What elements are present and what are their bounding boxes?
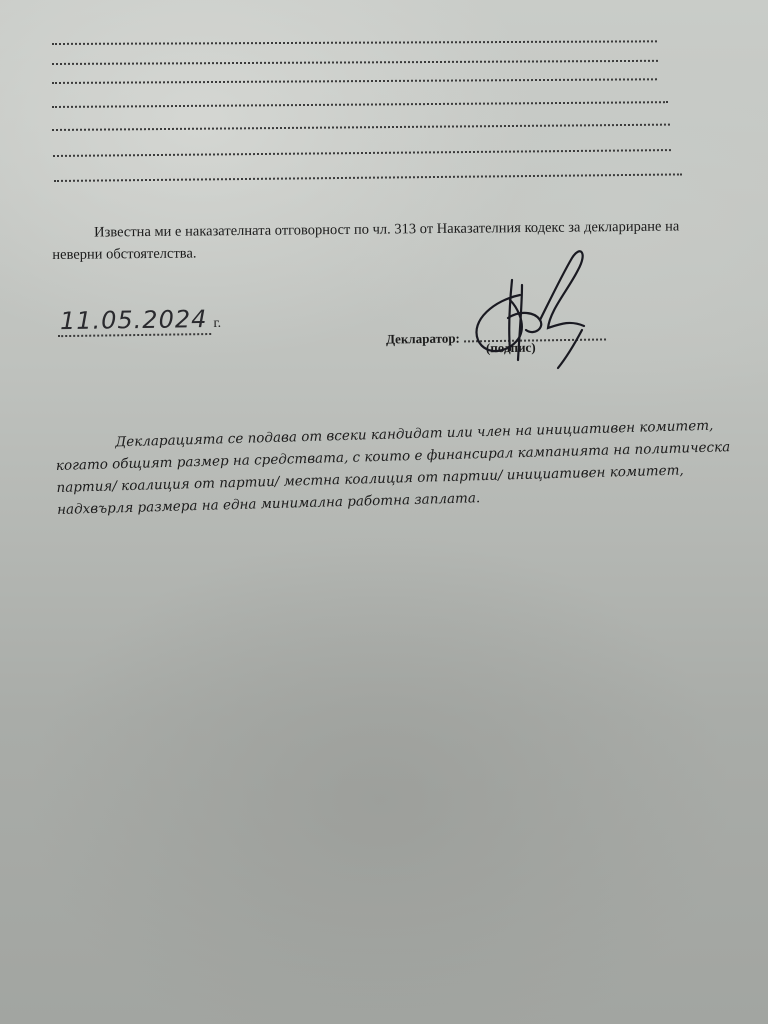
- liability-statement: Известна ми е наказателната отговорност …: [52, 215, 712, 266]
- date-field: 11.05.2024г.: [58, 305, 221, 337]
- date-suffix: г.: [213, 316, 221, 331]
- handwritten-date: 11.05.2024: [58, 305, 212, 337]
- handwritten-signature: [450, 240, 610, 375]
- declarator-label: Декларатор:: [386, 331, 460, 347]
- footnote-text: Декларацията се подава от всеки кандидат…: [56, 418, 731, 518]
